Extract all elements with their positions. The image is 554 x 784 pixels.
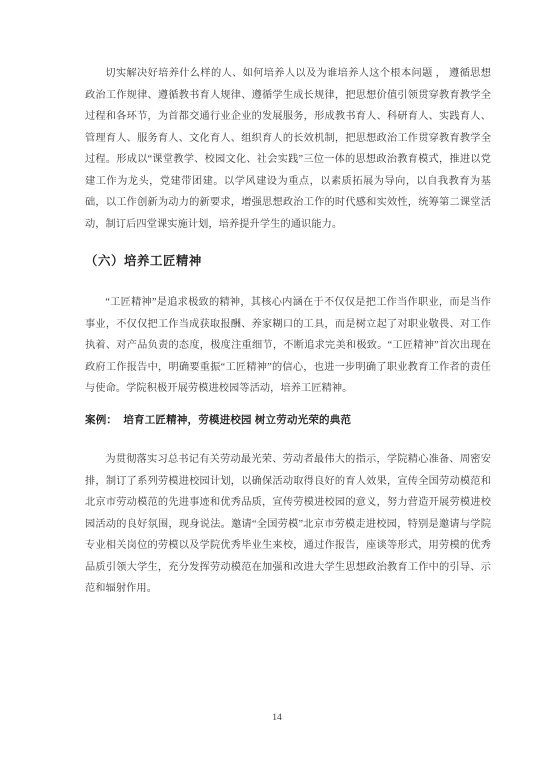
page-number: 14 [0, 711, 554, 725]
body-paragraph-1: 切实解决好培养什么样的人、如何培养人以及为谁培养人这个根本问题 ， 遵循思想政治… [85, 63, 491, 235]
body-paragraph-2: “工匠精神”是追求极致的精神，其核心内涵在于不仅仅是把工作当作职业，而是当作事业… [85, 292, 491, 400]
document-page: 切实解决好培养什么样的人、如何培养人以及为谁培养人这个根本问题 ， 遵循思想政治… [0, 0, 554, 784]
section-heading: （六）培养工匠精神 [85, 250, 491, 273]
case-heading: 案例： 培育工匠精神，劳模进校园 树立劳动光荣的典范 [85, 410, 491, 432]
page-content: 切实解决好培养什么样的人、如何培养人以及为谁培养人这个根本问题 ， 遵循思想政治… [85, 63, 491, 600]
body-paragraph-3: 为贯彻落实习总书记有关劳动最光荣、劳动者最伟大的指示，学院精心准备、周密安排，制… [85, 449, 491, 600]
